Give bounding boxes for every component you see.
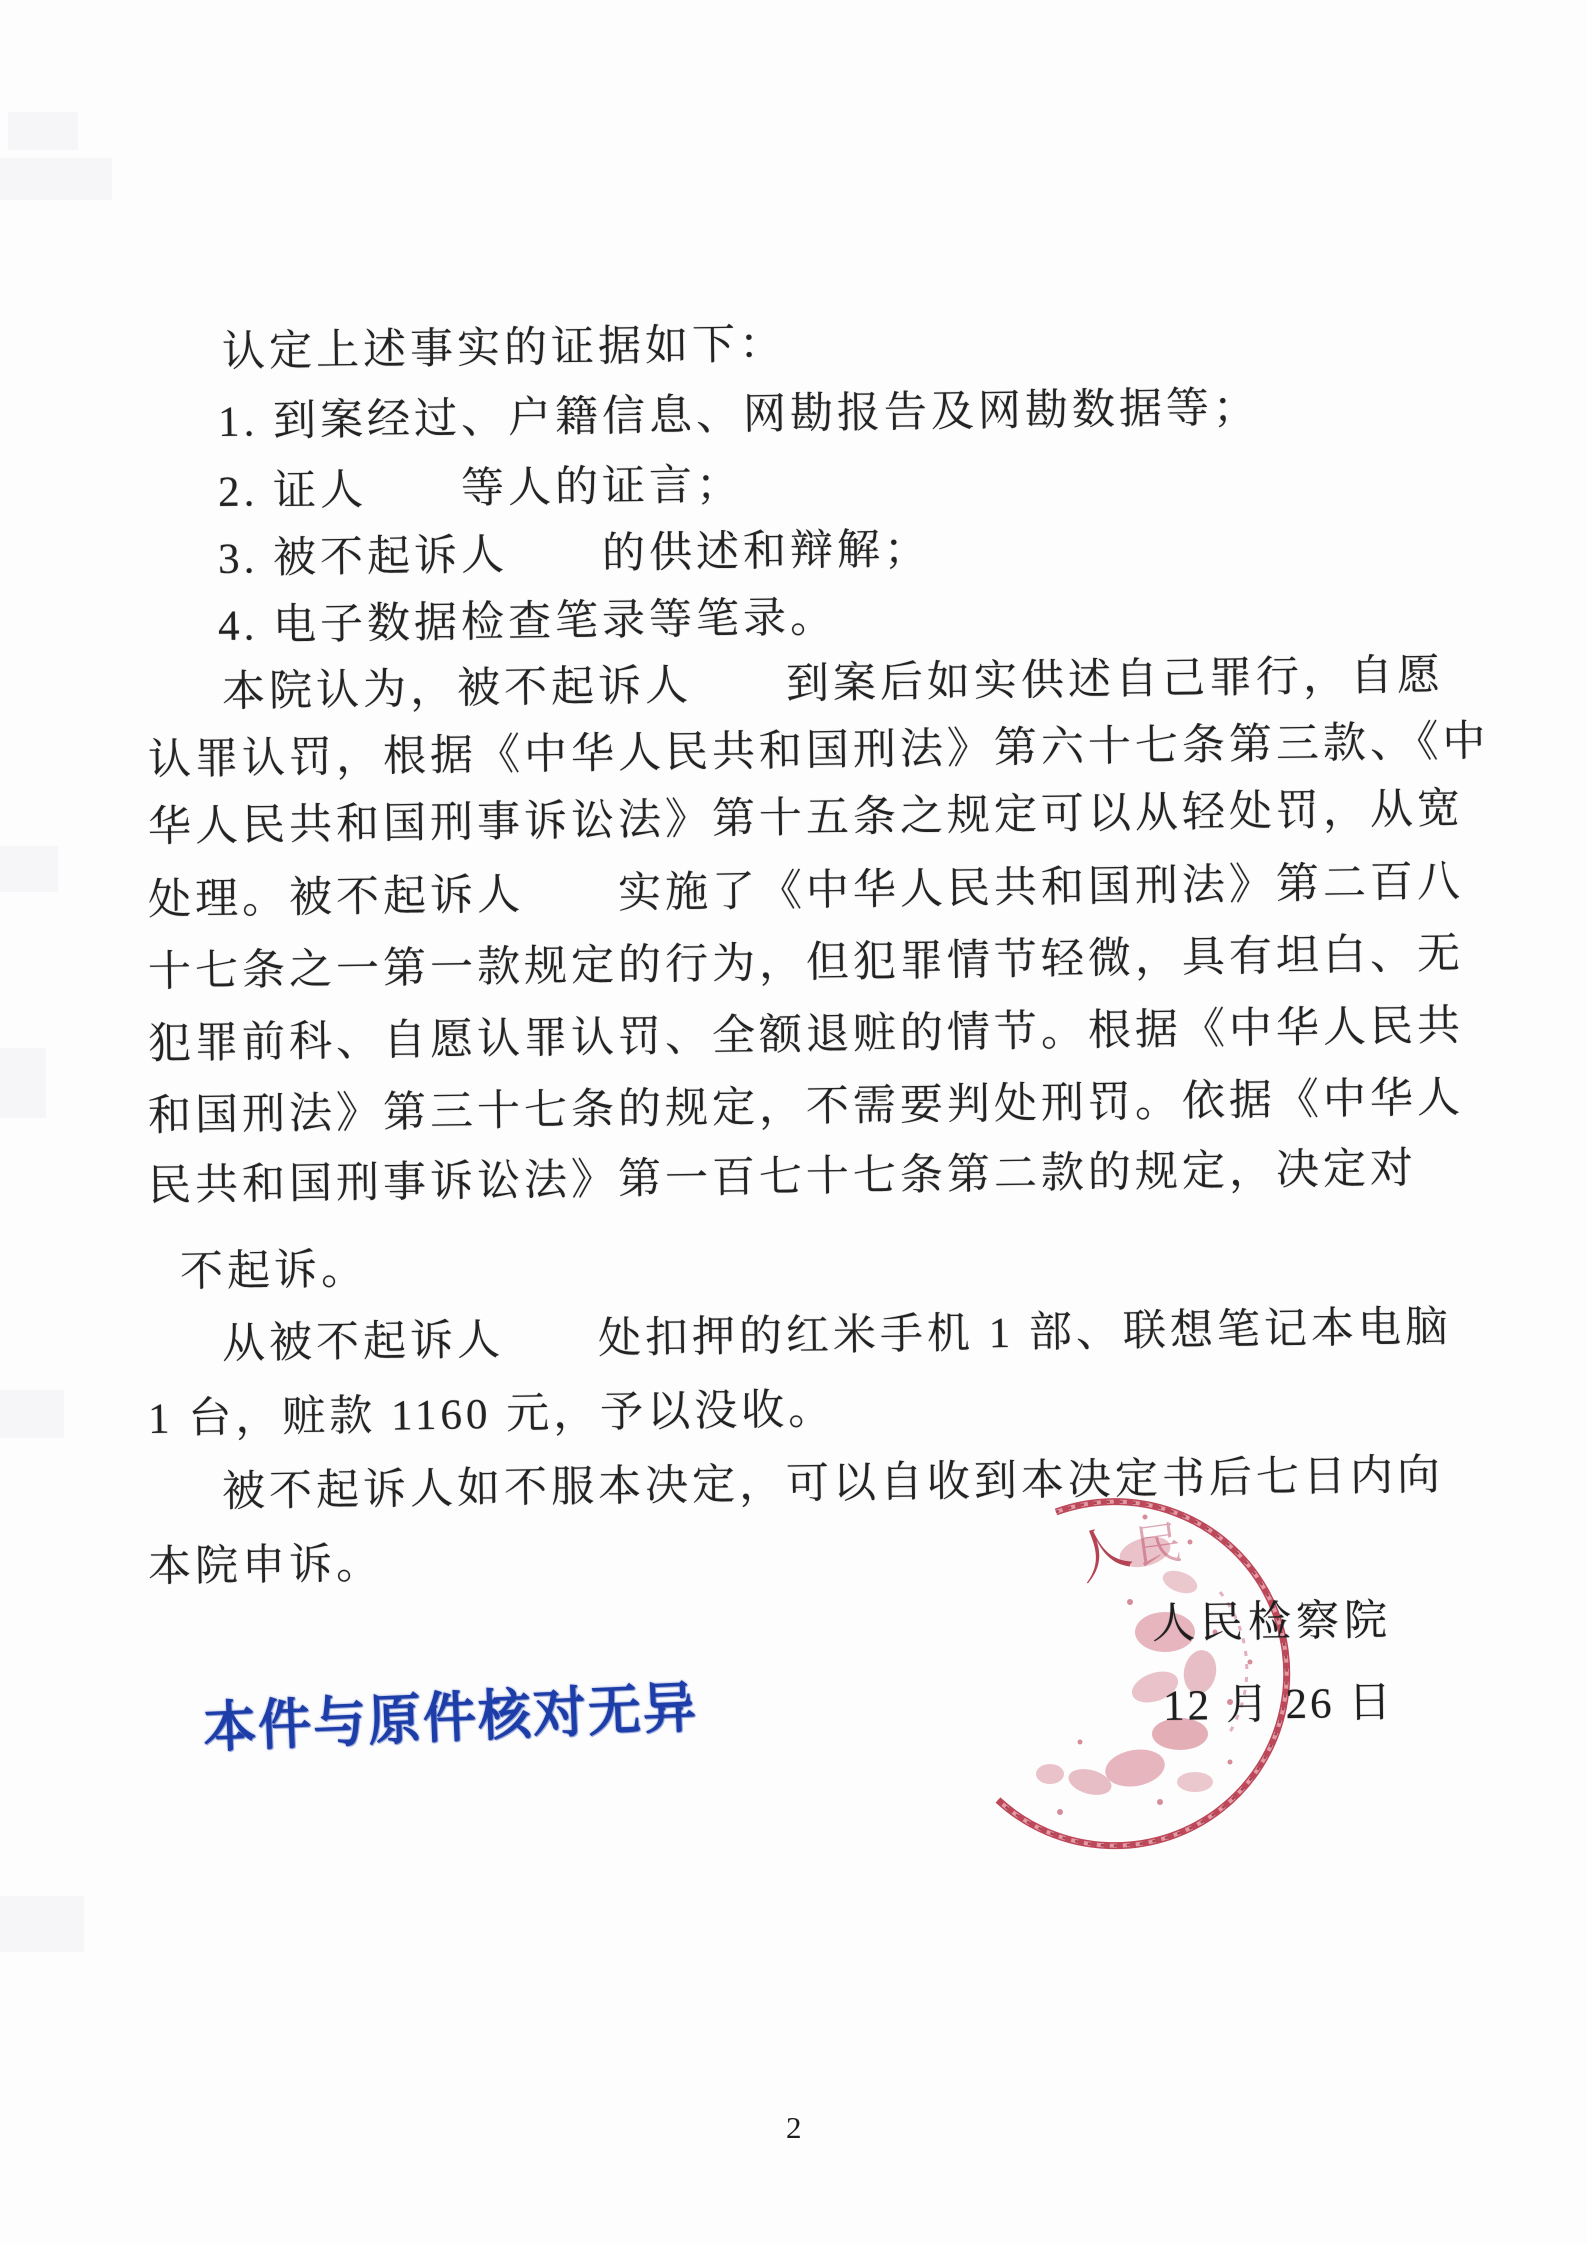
issuer-procuratorate: 人民检察院	[1152, 1586, 1393, 1651]
seal-redaction-block	[970, 1542, 1068, 1732]
decision-line: 不起诉。	[180, 1235, 369, 1299]
opinion-paragraph-line: 本院认为，被不起诉人 到案后如实供述自己罪行，自愿	[222, 641, 1445, 719]
evidence-item-2: 2. 证人 等人的证言；	[218, 451, 744, 519]
opinion-paragraph-line: 认罪认罚，根据《中华人民共和国刑法》第六十七条第三款、《中	[148, 707, 1490, 787]
scan-artifact	[8, 112, 78, 150]
evidence-item-1: 1. 到案经过、户籍信息、网勘报告及网勘数据等；	[218, 373, 1261, 449]
opinion-paragraph-line: 犯罪前科、自愿认罪认罚、全额退赃的情节。根据《中华人民共	[148, 992, 1465, 1071]
confiscation-line: 1 台，赃款 1160 元，予以没收。	[148, 1375, 836, 1446]
opinion-paragraph-line: 民共和国刑事诉讼法》第一百七十七条第二款的规定，决定对	[148, 1134, 1418, 1213]
page-number: 2	[786, 2110, 802, 2146]
evidence-heading: 认定上述事实的证据如下：	[222, 310, 787, 379]
seal-redaction-block	[1068, 1585, 1126, 1731]
scan-artifact	[0, 1048, 46, 1118]
appeal-notice-line: 本院申诉。	[148, 1530, 384, 1594]
decision-date: 12 月 26 日	[1163, 1668, 1395, 1733]
verification-stamp: 本件与原件核对无异	[201, 1664, 699, 1764]
opinion-paragraph-line: 和国刑法》第三十七条的规定，不需要判处刑罚。依据《中华人	[148, 1064, 1465, 1143]
opinion-paragraph-line: 华人民共和国刑事诉讼法》第十五条之规定可以从轻处罚，从宽	[148, 775, 1465, 854]
scanned-document-page: 认定上述事实的证据如下： 1. 到案经过、户籍信息、网勘报告及网勘数据等； 2.…	[0, 0, 1587, 2245]
scan-artifact	[0, 158, 112, 200]
evidence-item-3: 3. 被不起诉人 的供述和辩解；	[218, 515, 932, 586]
opinion-paragraph-line: 十七条之一第一款规定的行为，但犯罪情节轻微，具有坦白、无	[148, 920, 1465, 999]
confiscation-line: 从被不起诉人 处扣押的红米手机 1 部、联想笔记本电脑	[222, 1293, 1453, 1371]
scan-artifact	[0, 1896, 84, 1952]
opinion-paragraph-line: 处理。被不起诉人 实施了《中华人民共和国刑法》第二百八	[148, 848, 1465, 927]
scan-artifact	[0, 846, 58, 892]
scan-artifact	[0, 1390, 64, 1438]
evidence-item-4: 4. 电子数据检查笔录等笔录。	[218, 583, 838, 653]
